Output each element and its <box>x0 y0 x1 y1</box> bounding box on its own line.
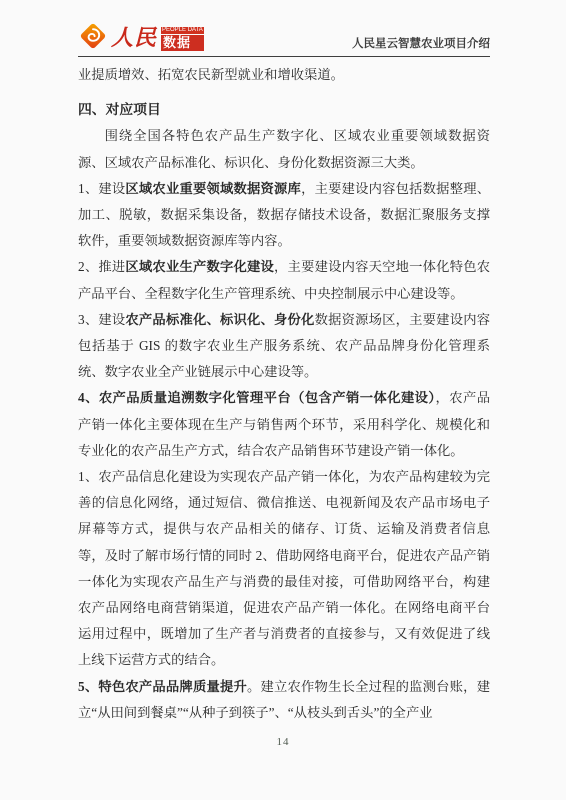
document-page: 人民 PEOPLE DATA 数据 人民星云智慧农业项目介绍 业提质增效、拓宽农… <box>0 0 566 800</box>
text-segment: 1、建设 <box>78 181 125 196</box>
logo-diamond-icon <box>78 21 108 56</box>
document-body: 业提质增效、拓宽农民新型就业和增收渠道。四、对应项目围绕全国各特色农产品生产数字… <box>78 62 490 726</box>
paragraph: 4、农产品质量追溯数字化管理平台（包含产销一体化建设），农产品产销一体化主要体现… <box>78 385 490 464</box>
text-segment: 1、农产品信息化建设为实现农产品产销一体化，为农产品构建较为完善的信息化网络，通… <box>78 469 490 667</box>
bold-text-segment: 四、对应项目 <box>78 102 161 117</box>
paragraph: 5、特色农产品品牌质量提升。建立农作物生长全过程的监测台账，建立“从田间到餐桌”… <box>78 674 490 726</box>
paragraph: 1、建设区域农业重要领域数据资源库，主要建设内容包括数据整理、加工、脱敏，数据采… <box>78 176 490 255</box>
text-segment: 围绕全国各特色农产品生产数字化、区域农业重要领域数据资源、区域农产品标准化、标识… <box>78 128 490 169</box>
page-header: 人民 PEOPLE DATA 数据 人民星云智慧农业项目介绍 <box>78 22 490 54</box>
text-segment: 2、推进 <box>78 259 125 274</box>
bold-text-segment: 4、农产品质量追溯数字化管理平台（包含产销一体化建设） <box>78 390 436 405</box>
bold-text-segment: 区域农业重要领域数据资源库 <box>125 181 301 196</box>
text-segment: 业提质增效、拓宽农民新型就业和增收渠道。 <box>78 67 344 82</box>
logo-badge: PEOPLE DATA 数据 <box>161 27 204 51</box>
logo-badge-top-text: PEOPLE DATA <box>161 27 204 34</box>
bold-text-segment: 区域农业生产数字化建设 <box>125 259 274 274</box>
page-number: 14 <box>277 736 290 748</box>
paragraph: 1、农产品信息化建设为实现农产品产销一体化，为农产品构建较为完善的信息化网络，通… <box>78 464 490 674</box>
paragraph: 业提质增效、拓宽农民新型就业和增收渠道。 <box>78 62 490 88</box>
bold-text-segment: 5、特色农产品品牌质量提升 <box>78 679 247 694</box>
people-data-logo: 人民 PEOPLE DATA 数据 <box>78 22 204 54</box>
logo-badge-main-text: 数据 <box>161 35 204 51</box>
logo-cn-text: 人民 <box>111 27 157 49</box>
bold-text-segment: 农产品标准化、标识化、身份化 <box>125 312 314 327</box>
text-segment: 3、建设 <box>78 312 125 327</box>
section-heading: 四、对应项目 <box>78 97 490 123</box>
paragraph: 2、推进区域农业生产数字化建设，主要建设内容天空地一体化特色农产品平台、全程数字… <box>78 254 490 306</box>
paragraph: 围绕全国各特色农产品生产数字化、区域农业重要领域数据资源、区域农产品标准化、标识… <box>78 123 490 175</box>
page-footer: 14 <box>0 736 566 748</box>
paragraph: 3、建设农产品标准化、标识化、身份化数据资源场区，主要建设内容包括基于 GIS … <box>78 307 490 386</box>
header-rule <box>78 56 490 57</box>
running-head-title: 人民星云智慧农业项目介绍 <box>352 35 490 54</box>
